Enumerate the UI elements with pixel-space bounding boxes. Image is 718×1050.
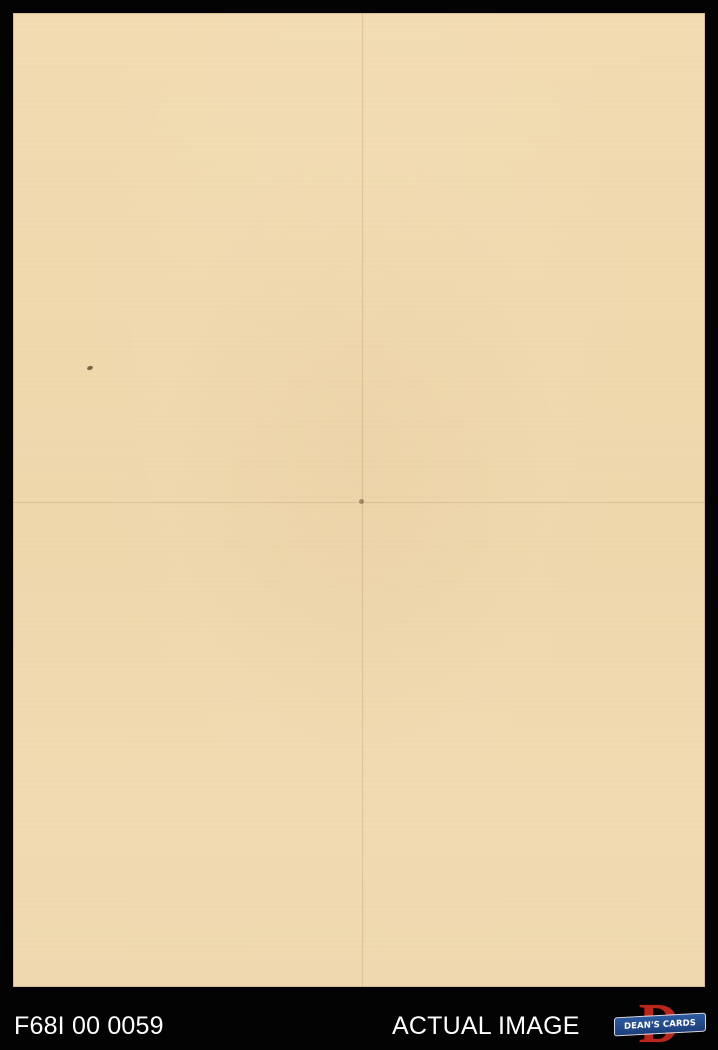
fold-intersection-mark	[359, 499, 364, 504]
card-back-image	[13, 13, 705, 987]
scan-background: F68I 00 0059 ACTUAL IMAGE D DEAN'S CARDS	[0, 0, 718, 1050]
logo-banner-text: DEAN'S CARDS	[624, 1018, 696, 1032]
paper-blemish	[86, 365, 93, 371]
inventory-code: F68I 00 0059	[14, 1011, 164, 1041]
deans-cards-logo: D DEAN'S CARDS	[612, 1001, 708, 1047]
logo-banner: DEAN'S CARDS	[614, 1013, 706, 1037]
actual-image-label: ACTUAL IMAGE	[392, 1011, 580, 1041]
